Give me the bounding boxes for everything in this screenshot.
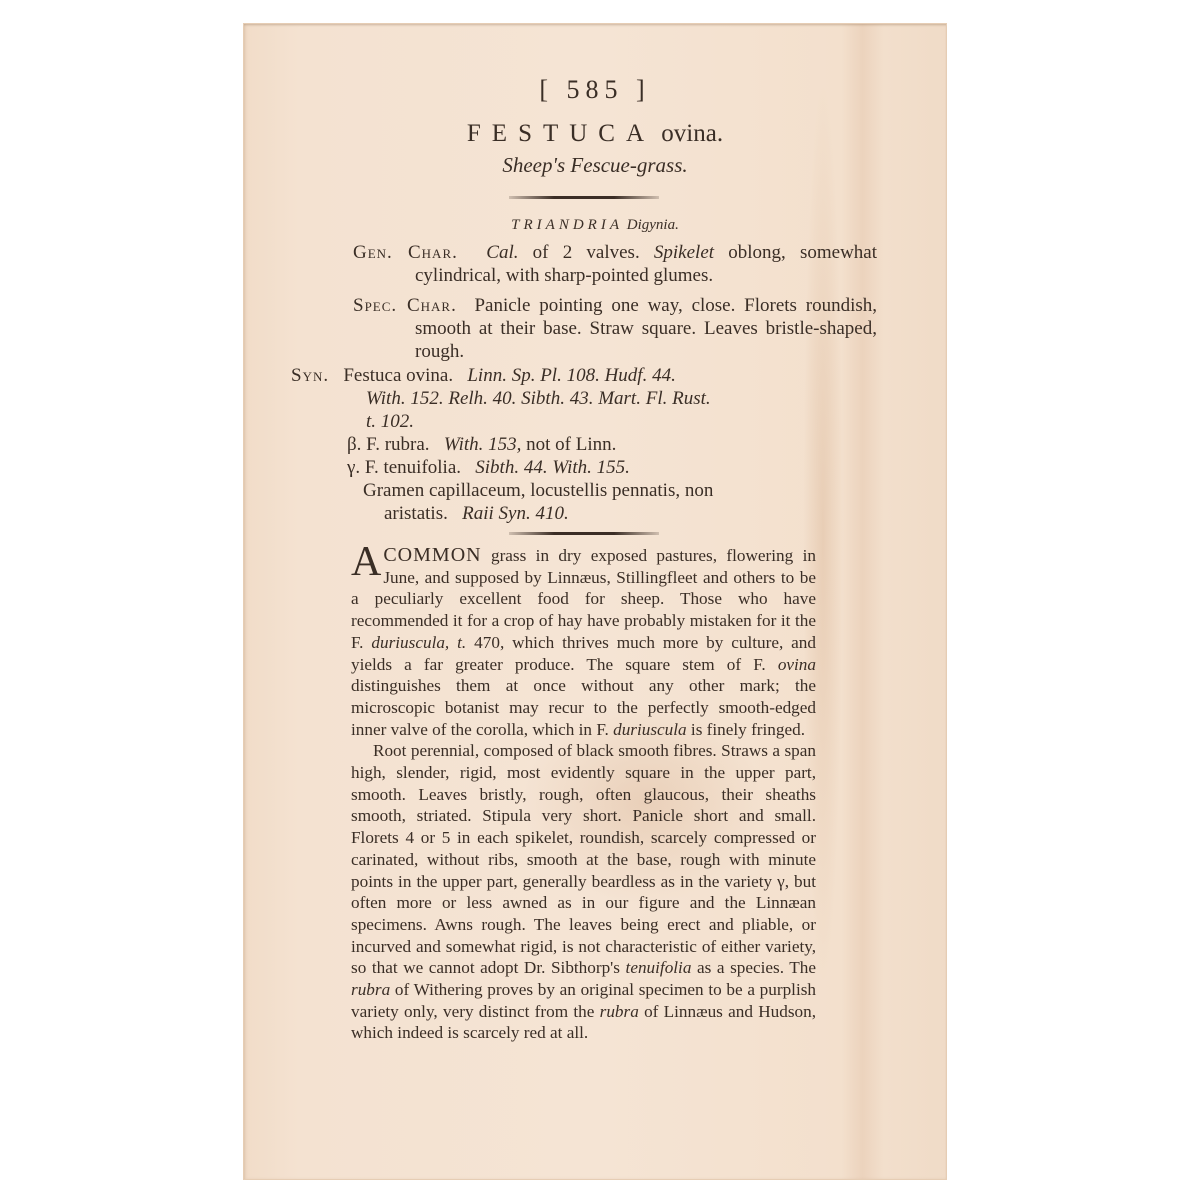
species-title: FESTUCA ovina. [243, 120, 947, 148]
gamma-marker: γ. [347, 457, 360, 478]
gen-char-cal: Cal. [486, 242, 518, 263]
beta-ref: With. 153, [444, 434, 522, 455]
ray-synonym-1: Gramen capillaceum, locustellis pennatis… [291, 479, 815, 502]
classification: TRIANDRIA Digynia. [243, 217, 947, 234]
specific-character: Spec. Char. Panicle pointing one way, cl… [353, 294, 877, 363]
para2-rubra-1: rubra [351, 980, 390, 999]
common-name: Sheep's Fescue-grass. [243, 153, 947, 178]
book-page: [ 585 ] FESTUCA ovina. Sheep's Fescue-gr… [243, 23, 947, 1180]
linnaean-class: TRIANDRIA [511, 217, 623, 233]
gamma-name: F. tenuifolia. [365, 457, 461, 478]
section-divider [509, 532, 659, 535]
syn-main-refs-2: With. 152. Relh. 40. Sibth. 43. Mart. Fl… [291, 387, 815, 410]
generic-character: Gen. Char. Cal. of 2 valves. Spikelet ob… [353, 241, 877, 287]
para2-text-b: as a species. The [691, 958, 816, 977]
genus-name: FESTUCA [467, 120, 655, 147]
synonyms-block: Syn. Festuca ovina. Linn. Sp. Pl. 108. H… [291, 364, 815, 525]
gen-char-text: of 2 valves. [518, 242, 653, 263]
ray-synonym-2: aristatis. Raii Syn. 410. [291, 502, 815, 525]
ray-ref: Raii Syn. 410. [462, 503, 569, 524]
synonym-beta: β. F. rubra. With. 153, not of Linn. [291, 433, 815, 456]
syn-label: Syn. [291, 365, 329, 386]
para1-text-d: is finely fringed. [687, 720, 805, 739]
beta-marker: β. [347, 434, 361, 455]
para2-text-a: Root perennial, composed of black smooth… [351, 741, 816, 977]
spec-char-label: Spec. Char. [353, 295, 457, 316]
para1-duriuscula-2: duriuscula [613, 720, 687, 739]
linnaean-order: Digynia. [627, 217, 679, 233]
gen-char-label: Gen. Char. [353, 242, 458, 263]
lead-word: COMMON [383, 544, 481, 566]
syn-main-refs-1: Linn. Sp. Pl. 108. Hudf. 44. [467, 365, 675, 386]
title-divider [509, 196, 659, 199]
description: ACOMMON grass in dry exposed pastures, f… [351, 545, 816, 1044]
gen-char-spikelet: Spikelet [654, 242, 714, 263]
description-paragraph-1: ACOMMON grass in dry exposed pastures, f… [351, 545, 816, 740]
para2-tenuifolia: tenuifolia [626, 958, 692, 977]
description-paragraph-2: Root perennial, composed of black smooth… [351, 740, 816, 1044]
para1-ovina: ovina [778, 655, 816, 674]
beta-name: F. rubra. [366, 434, 429, 455]
page-number: [ 585 ] [243, 75, 947, 105]
synonym-main: Syn. Festuca ovina. Linn. Sp. Pl. 108. H… [291, 364, 815, 387]
spec-char-text: Panicle pointing one way, close. Florets… [415, 295, 877, 362]
para2-rubra-2: rubra [600, 1002, 639, 1021]
synonym-gamma: γ. F. tenuifolia. Sibth. 44. With. 155. [291, 456, 815, 479]
species-epithet: ovina. [661, 120, 723, 147]
beta-note: not of Linn. [526, 434, 616, 455]
syn-main-name: Festuca ovina. [343, 365, 453, 386]
gamma-ref: Sibth. 44. With. 155. [475, 457, 630, 478]
para1-duriuscula-1: duriuscula, t. [371, 633, 466, 652]
syn-main-refs-3: t. 102. [291, 410, 815, 433]
drop-cap: A [351, 547, 381, 577]
ray-text: aristatis. [384, 503, 448, 524]
